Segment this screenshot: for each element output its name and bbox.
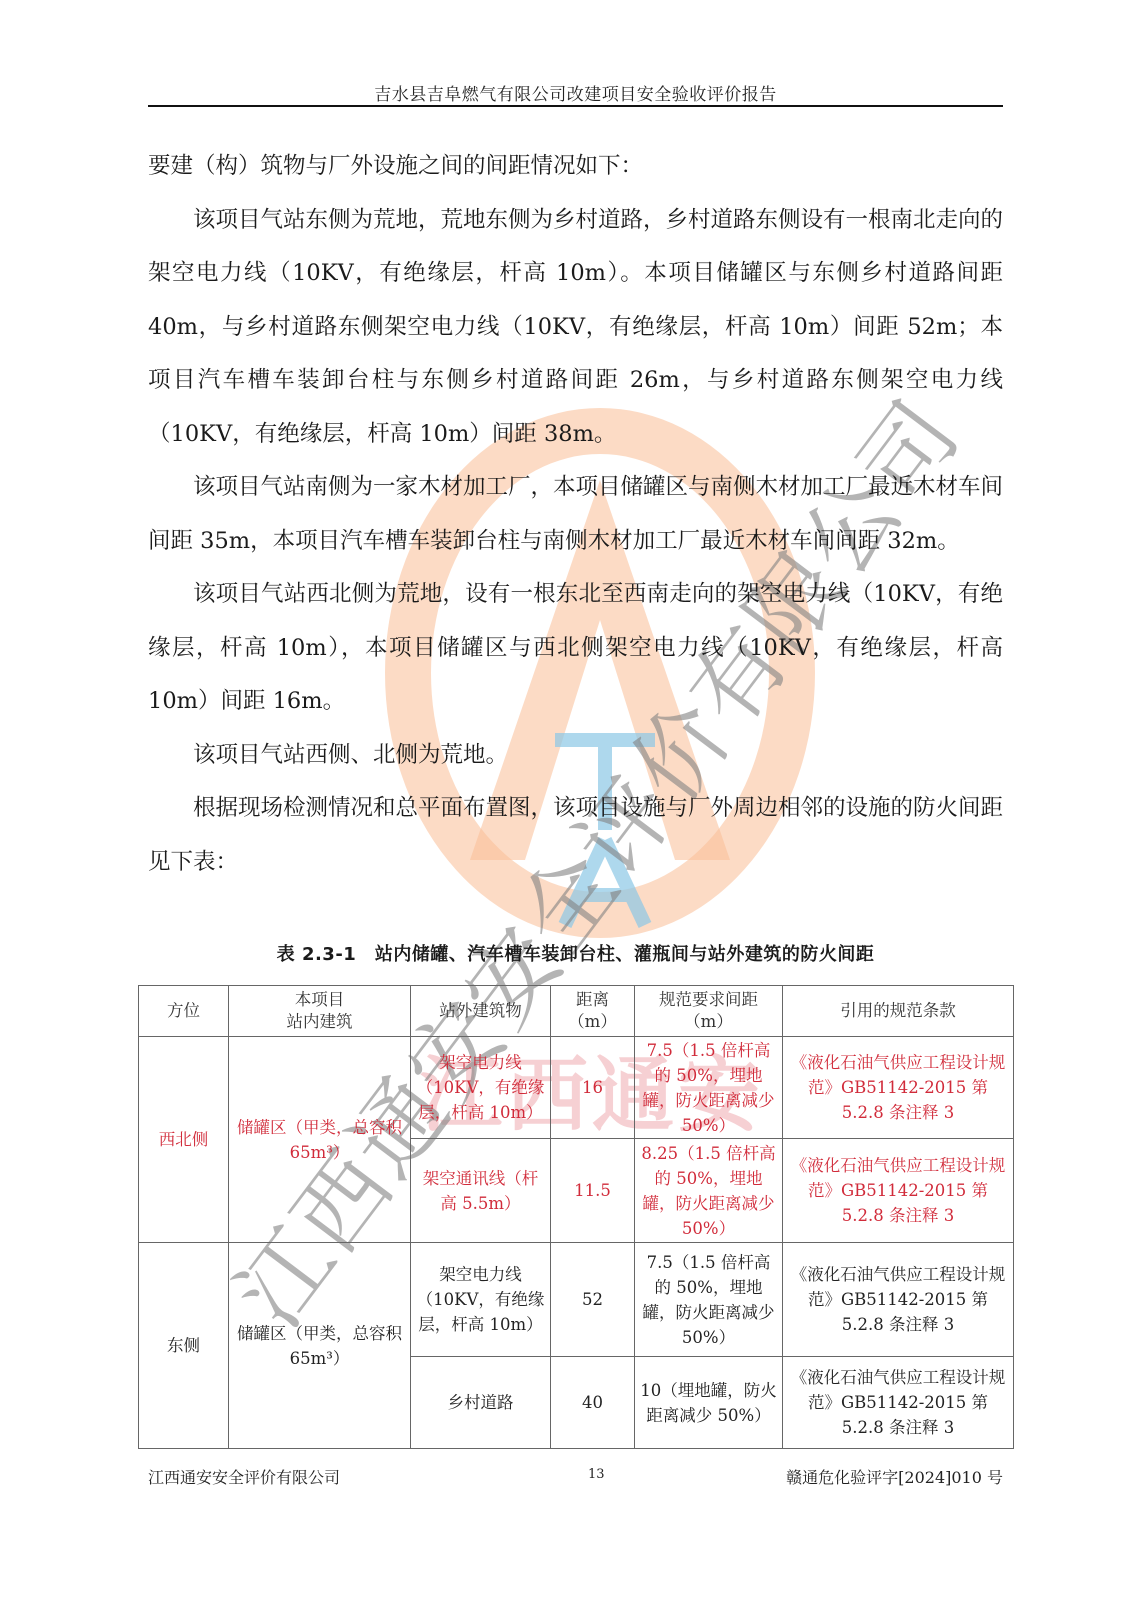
cell-internal-building: 储罐区（甲类，总容积 65m³）	[229, 1243, 411, 1449]
cell-distance: 52	[551, 1243, 635, 1357]
paragraph-table-intro: 根据现场检测情况和总平面布置图，该项目设施与厂外周边相邻的设施的防火间距见下表：	[148, 782, 1003, 889]
col-header-direction: 方位	[139, 986, 229, 1037]
col-header-external-building: 站外建筑物	[411, 986, 551, 1037]
paragraph-south-side: 该项目气站南侧为一家木材加工厂，本项目储罐区与南侧木材加工厂最近木材车间间距 3…	[148, 461, 1003, 568]
paragraph-northwest-side: 该项目气站西北侧为荒地，设有一根东北至西南走向的架空电力线（10KV，有绝缘层，…	[148, 568, 1003, 729]
cell-external-building: 架空电力线（10KV，有绝缘层，杆高 10m）	[411, 1243, 551, 1357]
cell-required-distance: 8.25（1.5 倍杆高的 50%，埋地罐，防火距离减少 50%）	[635, 1139, 783, 1243]
footer-company: 江西通安安全评价有限公司	[148, 1465, 340, 1488]
cell-distance: 11.5	[551, 1139, 635, 1243]
col-header-distance: 距离 （m）	[551, 986, 635, 1037]
cell-direction: 东侧	[139, 1243, 229, 1449]
cell-external-building: 架空电力线（10KV，有绝缘层，杆高 10m）	[411, 1037, 551, 1139]
cell-distance: 16	[551, 1037, 635, 1139]
cell-clause: 《液化石油气供应工程设计规范》GB51142-2015 第 5.2.8 条注释 …	[783, 1037, 1014, 1139]
cell-required-distance: 7.5（1.5 倍杆高的 50%，埋地罐，防火距离减少 50%）	[635, 1037, 783, 1139]
cell-clause: 《液化石油气供应工程设计规范》GB51142-2015 第 5.2.8 条注释 …	[783, 1243, 1014, 1357]
cell-clause: 《液化石油气供应工程设计规范》GB51142-2015 第 5.2.8 条注释 …	[783, 1139, 1014, 1243]
cell-distance: 40	[551, 1357, 635, 1449]
paragraph-east-side: 该项目气站东侧为荒地，荒地东侧为乡村道路，乡村道路东侧设有一根南北走向的架空电力…	[148, 194, 1003, 462]
paragraph-west-north-side: 该项目气站西侧、北侧为荒地。	[148, 729, 1003, 783]
col-header-required-distance: 规范要求间距 （m）	[635, 986, 783, 1037]
col-header-internal-building: 本项目 站内建筑	[229, 986, 411, 1037]
table-caption: 表 2.3-1 站内储罐、汽车槽车装卸台柱、灌瓶间与站外建筑的防火间距	[148, 940, 1003, 966]
cell-required-distance: 10（埋地罐，防火距离减少 50%）	[635, 1357, 783, 1449]
report-header-title: 吉水县吉阜燃气有限公司改建项目安全验收评价报告	[148, 80, 1003, 105]
body-text: 要建（构）筑物与厂外设施之间的间距情况如下： 该项目气站东侧为荒地，荒地东侧为乡…	[148, 140, 1003, 889]
cell-required-distance: 7.5（1.5 倍杆高的 50%，埋地罐，防火距离减少 50%）	[635, 1243, 783, 1357]
fire-distance-table: 方位 本项目 站内建筑 站外建筑物 距离 （m） 规范要求间距 （m） 引用的规…	[138, 985, 1014, 1449]
cell-external-building: 乡村道路	[411, 1357, 551, 1449]
col-header-clause: 引用的规范条款	[783, 986, 1014, 1037]
header-divider	[148, 105, 1003, 107]
cell-external-building: 架空通讯线（杆高 5.5m）	[411, 1139, 551, 1243]
table-header-row: 方位 本项目 站内建筑 站外建筑物 距离 （m） 规范要求间距 （m） 引用的规…	[139, 986, 1014, 1037]
paragraph: 要建（构）筑物与厂外设施之间的间距情况如下：	[148, 140, 1003, 194]
table-row: 东侧 储罐区（甲类，总容积 65m³） 架空电力线（10KV，有绝缘层，杆高 1…	[139, 1243, 1014, 1357]
footer-doc-code: 赣通危化验评字[2024]010 号	[786, 1465, 1003, 1488]
page-number: 13	[588, 1467, 605, 1482]
cell-clause: 《液化石油气供应工程设计规范》GB51142-2015 第 5.2.8 条注释 …	[783, 1357, 1014, 1449]
cell-internal-building: 储罐区（甲类，总容积 65m³）	[229, 1037, 411, 1243]
table-row: 西北侧 储罐区（甲类，总容积 65m³） 架空电力线（10KV，有绝缘层，杆高 …	[139, 1037, 1014, 1139]
cell-direction: 西北侧	[139, 1037, 229, 1243]
